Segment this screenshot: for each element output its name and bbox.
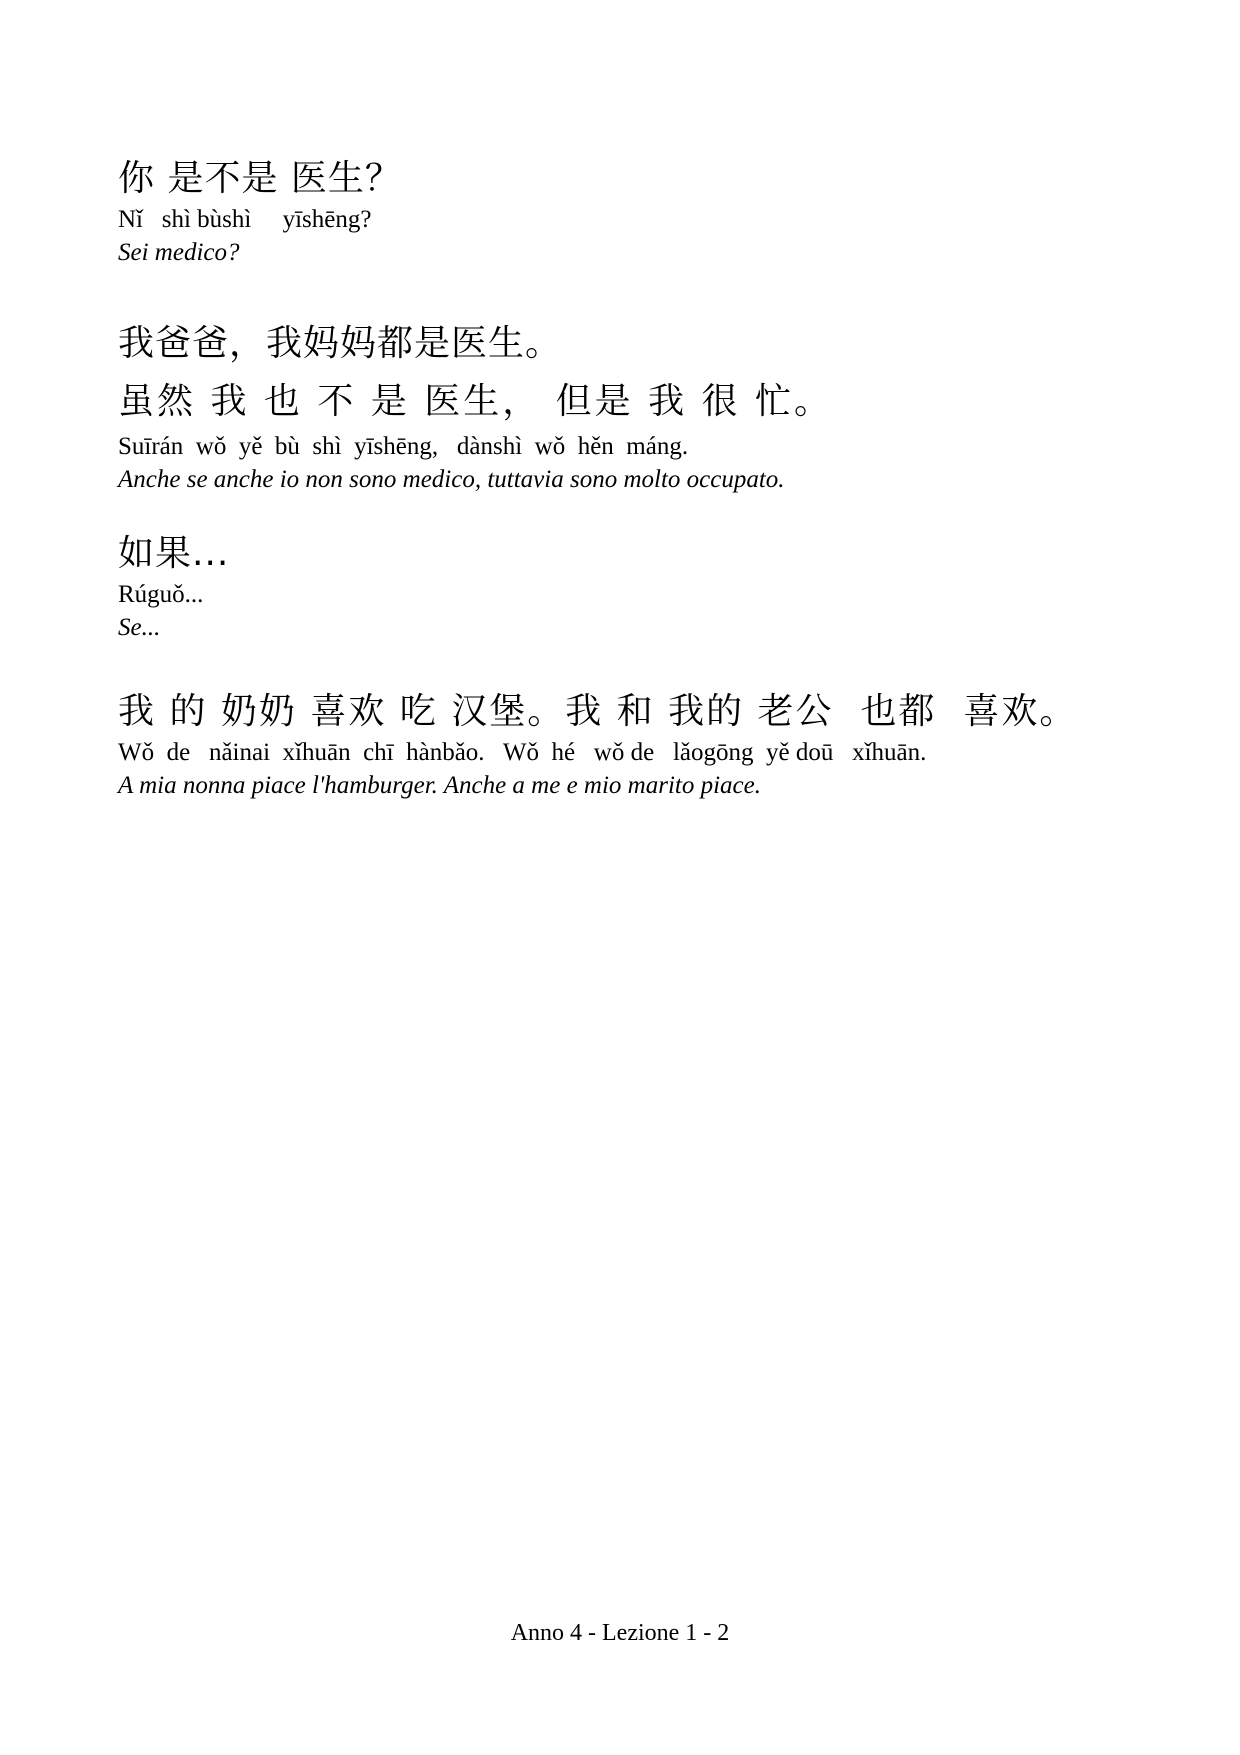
- sentence-block-4: 我 的 奶奶 喜欢 吃 汉堡。我 和 我的 老公 也都 喜欢。 Wǒ de nǎ…: [118, 688, 1077, 802]
- pinyin-text: Suīrán wǒ yě bù shì yīshēng, dànshì wǒ h…: [118, 430, 833, 463]
- italian-translation: Anche se anche io non sono medico, tutta…: [118, 463, 833, 496]
- italian-translation: Sei medico?: [118, 236, 402, 269]
- sentence-block-1: 你 是不是 医生？ Nǐ shì bùshì yīshēng? Sei medi…: [118, 155, 402, 269]
- pinyin-text: Nǐ shì bùshì yīshēng?: [118, 203, 402, 236]
- chinese-text: 你 是不是 医生？: [118, 155, 402, 203]
- document-page: 你 是不是 医生？ Nǐ shì bùshì yīshēng? Sei medi…: [0, 0, 1240, 1755]
- pinyin-text: Wǒ de nǎinai xǐhuān chī hànbǎo. Wǒ hé wǒ…: [118, 736, 1077, 769]
- chinese-text: 虽然 我 也 不 是 医生， 但是 我 很 忙。: [118, 374, 833, 430]
- sentence-block-3: 如果... Rúguǒ... Se...: [118, 530, 229, 644]
- italian-translation: A mia nonna piace l'hamburger. Anche a m…: [118, 769, 1077, 802]
- chinese-text: 我爸爸，我妈妈都是医生。: [118, 314, 833, 374]
- chinese-text: 如果...: [118, 530, 229, 578]
- chinese-text: 我 的 奶奶 喜欢 吃 汉堡。我 和 我的 老公 也都 喜欢。: [118, 688, 1077, 736]
- page-footer: Anno 4 - Lezione 1 - 2: [0, 1617, 1240, 1649]
- sentence-block-2: 我爸爸，我妈妈都是医生。 虽然 我 也 不 是 医生， 但是 我 很 忙。 Su…: [118, 314, 833, 496]
- italian-translation: Se...: [118, 611, 229, 644]
- pinyin-text: Rúguǒ...: [118, 578, 229, 611]
